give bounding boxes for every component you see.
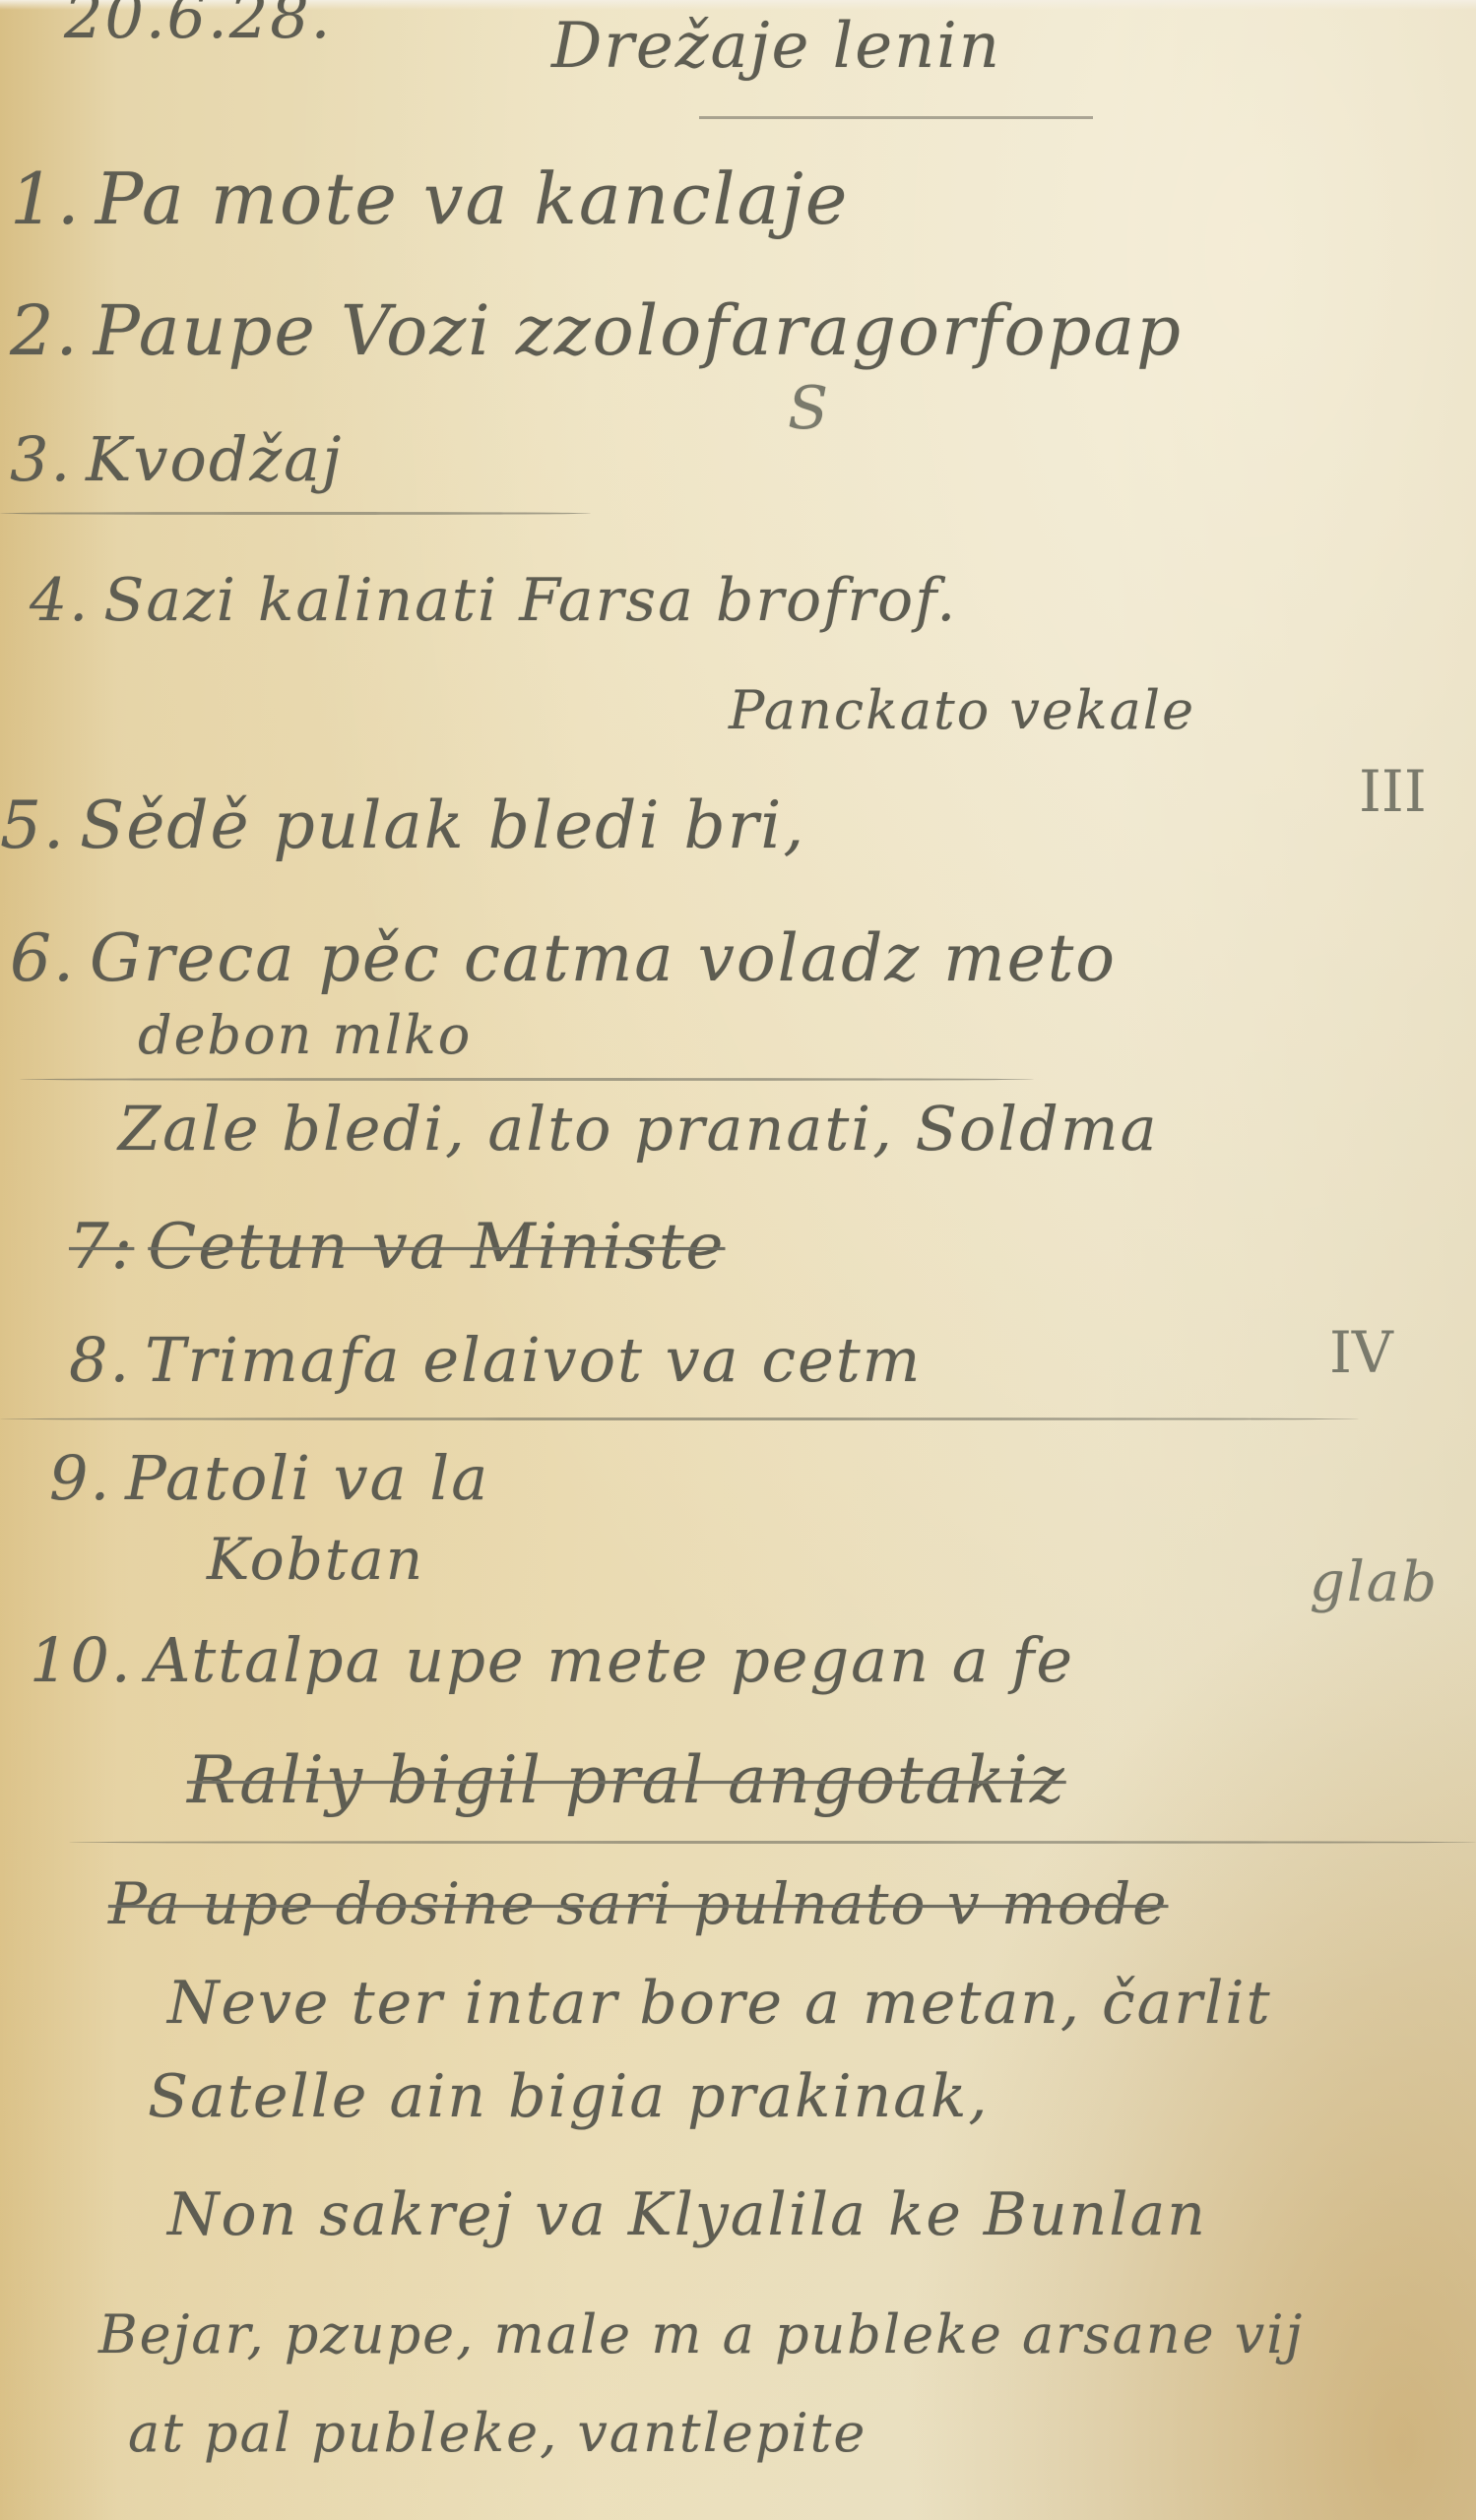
list-item-6-cont: debon mlko xyxy=(138,1004,472,1066)
item-number: 10. xyxy=(30,1624,133,1696)
list-item-10: 10.Attalpa upe mete pegan a fe xyxy=(30,1624,1074,1696)
item-text: Patoli va la xyxy=(125,1442,489,1514)
list-item-1: 1.Pa mote va kanclaje xyxy=(10,157,849,240)
item-text: Bejar, pzupe, male m a publeke arsane vi… xyxy=(98,2303,1304,2365)
item-text: Satelle ain bigia prakinak, xyxy=(148,2062,989,2131)
item-text: debon mlko xyxy=(138,1004,472,1066)
list-item-5: 5.Sědě pulak bledi bri, xyxy=(0,787,805,863)
margin-mark-IV: IV xyxy=(1329,1319,1393,1386)
divider-line xyxy=(0,1417,1359,1420)
item-text: Neve ter intar bore a metan, čarlit xyxy=(167,1969,1272,2038)
item-text: Sědě pulak bledi bri, xyxy=(80,787,805,863)
note-line: Bejar, pzupe, male m a publeke arsane vi… xyxy=(98,2303,1304,2365)
list-item-2: 2.Paupe Vozi zzolofaragorfopap xyxy=(10,290,1183,371)
item-number: 6. xyxy=(10,920,76,996)
item-number: 2. xyxy=(10,290,80,371)
list-item-9-cont: Kobtan xyxy=(207,1526,424,1593)
manuscript-page: 20.6.28. Drežaje lenin 1.Pa mote va kanc… xyxy=(0,0,1476,2520)
item-number: 3. xyxy=(10,423,72,495)
note-line: at pal publeke, vantlepite xyxy=(128,2402,866,2464)
divider-line xyxy=(69,1841,1476,1844)
heading: Drežaje lenin xyxy=(551,10,1001,83)
struck-line: Pa upe dosine sari pulnato v mode xyxy=(108,1870,1168,1937)
item-text: Cetun va Ministe xyxy=(148,1211,725,1284)
note-line: Satelle ain bigia prakinak, xyxy=(148,2062,989,2131)
margin-mark-III: III xyxy=(1359,758,1427,825)
item-text: Paupe Vozi zzolofaragorfopap xyxy=(94,290,1183,371)
item-text: Sazi kalinati Farsa brofrof. xyxy=(103,566,957,635)
list-item-7: 7:Cetun va Ministe xyxy=(69,1211,725,1284)
divider-line xyxy=(20,1078,1034,1081)
list-item-3: 3.Kvodžaj xyxy=(10,423,343,495)
note-line: Non sakrej va Klyalila ke Bunlan xyxy=(167,2180,1207,2249)
item-text: Pa upe dosine sari pulnato v mode xyxy=(108,1870,1168,1937)
item-text: Panckato vekale xyxy=(729,679,1195,741)
note-line: Neve ter intar bore a metan, čarlit xyxy=(167,1969,1272,2038)
note-line: Zale bledi, alto pranati, Soldma xyxy=(118,1093,1159,1165)
item-text: Kobtan xyxy=(207,1526,424,1593)
item-text: Kvodžaj xyxy=(86,423,343,495)
item-text: at pal publeke, vantlepite xyxy=(128,2402,866,2464)
item-number: 7: xyxy=(69,1211,134,1284)
insertion-glab: glab xyxy=(1310,1550,1439,1614)
item-number: 5. xyxy=(0,787,66,863)
item-text: Attalpa upe mete pegan a fe xyxy=(147,1624,1074,1696)
list-item-8: 8.Trimafa elaivot va cetm xyxy=(69,1324,922,1396)
item-text: Trimafa elaivot va cetm xyxy=(145,1324,922,1396)
heading-underline xyxy=(699,116,1093,119)
list-item-4: 4.Sazi kalinati Farsa brofrof. xyxy=(30,566,957,635)
item-number: 9. xyxy=(49,1442,111,1514)
date: 20.6.28. xyxy=(64,0,332,52)
list-item-4-cont: Panckato vekale xyxy=(729,679,1195,741)
item-text: Raliy bigil pral angotakiz xyxy=(187,1742,1066,1818)
item-text: Zale bledi, alto pranati, Soldma xyxy=(118,1093,1159,1165)
list-item-6: 6.Greca pěc catma voladz meto xyxy=(10,920,1117,996)
item-text: Greca pěc catma voladz meto xyxy=(90,920,1117,996)
struck-line: Raliy bigil pral angotakiz xyxy=(187,1742,1066,1818)
item-number: 8. xyxy=(69,1324,131,1396)
item-text: Pa mote va kanclaje xyxy=(96,157,850,240)
item-number: 4. xyxy=(30,566,90,635)
list-item-9: 9.Patoli va la xyxy=(49,1442,489,1514)
divider-line xyxy=(0,512,591,515)
item-text: Non sakrej va Klyalila ke Bunlan xyxy=(167,2180,1207,2249)
item-number: 1. xyxy=(10,157,82,240)
insertion-s: S xyxy=(788,374,830,443)
